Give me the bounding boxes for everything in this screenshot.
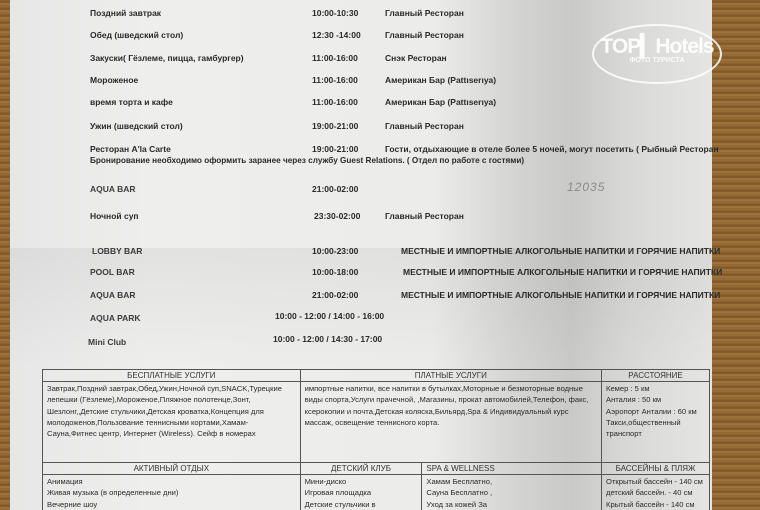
schedule-name: Закуски( Гёзлеме, пицца, гамбургер) xyxy=(90,53,244,63)
schedule-name: AQUA BAR xyxy=(90,290,136,300)
schedule-location: Главный Ресторан xyxy=(385,211,464,221)
active-rest-header: АКТИВНЫЙ ОТДЫХ xyxy=(43,463,301,475)
distance-line: Кемер : 5 км xyxy=(606,383,705,394)
spa-line: Хамам Бесплатно, xyxy=(426,476,597,487)
distance-line: Такси,общественный транспорт xyxy=(606,417,705,440)
schedule-time: 23:30-02:00 xyxy=(314,211,360,221)
kids-line: Мини-диско xyxy=(305,476,418,487)
schedule-time: 10:00-10:30 xyxy=(312,8,358,18)
spa-line: Уход за кожей За xyxy=(426,499,597,510)
free-services-header: БЕСПЛАТНЫЕ УСЛУГИ xyxy=(43,370,301,382)
schedule-location: МЕСТНЫЕ И ИМПОРТНЫЕ АЛКОГОЛЬНЫЕ НАПИТКИ … xyxy=(403,267,722,277)
schedule-name: AQUA BAR xyxy=(90,184,136,194)
schedule-time: 10:00-23:00 xyxy=(312,246,358,256)
schedule-name: Поздний завтрак xyxy=(90,8,161,18)
handwritten-stamp: 12035 xyxy=(567,180,605,194)
spa-header: SPA & WELLNESS xyxy=(422,463,602,475)
schedule-time: 21:00-02:00 xyxy=(312,184,358,194)
schedule-name: Mini Club xyxy=(88,337,126,347)
schedule-time: 10:00 - 12:00 / 14:00 - 16:00 xyxy=(275,311,384,321)
distance-line: Аэропорт Анталии : 60 км xyxy=(606,406,705,417)
schedule-name: POOL BAR xyxy=(90,267,135,277)
paid-services-text: импортные напитки, все напитки в бутылка… xyxy=(300,382,601,463)
schedule-time: 12:30 -14:00 xyxy=(312,30,361,40)
distance-line: Анталия : 50 км xyxy=(606,394,705,405)
watermark-logo: TOP▎Hotels xyxy=(594,34,720,59)
pool-line: Открытый бассейн - 140 см xyxy=(606,476,705,487)
services-table: БЕСПЛАТНЫЕ УСЛУГИ ПЛАТНЫЕ УСЛУГИ РАССТОЯ… xyxy=(42,369,710,510)
schedule-location: Американ Бар (Pattıserıya) xyxy=(385,75,496,85)
schedule-name: Обед (шведский стол) xyxy=(90,30,183,40)
kids-line: Детские стульчики в xyxy=(305,499,418,510)
schedule-name: Ужин (шведский стол) xyxy=(90,121,183,131)
schedule-location: МЕСТНЫЕ И ИМПОРТНЫЕ АЛКОГОЛЬНЫЕ НАПИТКИ … xyxy=(401,246,720,256)
schedule-time: 11:00-16:00 xyxy=(312,53,358,63)
schedule-location: Главный Ресторан xyxy=(385,30,464,40)
schedule-time: 19:00-21:00 xyxy=(312,144,358,154)
schedule-time: 10:00-18:00 xyxy=(312,267,358,277)
schedule-location: МЕСТНЫЕ И ИМПОРТНЫЕ АЛКОГОЛЬНЫЕ НАПИТКИ … xyxy=(401,290,720,300)
schedule-name: время торта и кафе xyxy=(90,97,173,107)
active-rest-cell: Анимация Живая музыка (в определенные дн… xyxy=(43,475,301,510)
kids-club-header: ДЕТСКИЙ КЛУБ xyxy=(300,463,422,475)
schedule-name: AQUA PARK xyxy=(90,313,141,323)
schedule-time: 11:00-16:00 xyxy=(312,75,358,85)
schedule-location: Главный Ресторан xyxy=(385,121,464,131)
pools-cell: Открытый бассейн - 140 см детский бассей… xyxy=(602,475,710,510)
schedule-location: Главный Ресторан xyxy=(385,8,464,18)
active-line: Живая музыка (в определенные дни) xyxy=(47,487,296,498)
schedule-name: Ресторан A'la Carte xyxy=(90,144,171,154)
pool-line: детский бассейн. - 40 см xyxy=(606,487,705,498)
active-line: Вечерние шоу xyxy=(47,499,296,510)
distance-cell: Кемер : 5 км Анталия : 50 км Аэропорт Ан… xyxy=(602,382,710,463)
schedule-time: 11:00-16:00 xyxy=(312,97,358,107)
schedule-time: 19:00-21:00 xyxy=(312,121,358,131)
schedule-time: 21:00-02:00 xyxy=(312,290,358,300)
tophotels-watermark: TOP▎Hotels ФОТО ТУРИСТА xyxy=(592,24,722,84)
hotel-info-sheet: TOP▎Hotels ФОТО ТУРИСТА Поздний завтрак … xyxy=(10,0,712,510)
schedule-name: Мороженое xyxy=(90,75,138,85)
schedule-location: Американ Бар (Pattıserıya) xyxy=(385,97,496,107)
kids-club-cell: Мини-диско Игровая площадка Детские стул… xyxy=(300,475,422,510)
schedule-location: Гости, отдыхающие в отеле более 5 ночей,… xyxy=(385,144,719,154)
spa-cell: Хамам Бесплатно, Сауна Бесплатно , Уход … xyxy=(422,475,602,510)
distance-header: РАССТОЯНИЕ xyxy=(602,370,710,382)
booking-note: Бронирование необходимо оформить заранее… xyxy=(90,156,524,165)
active-line: Анимация xyxy=(47,476,296,487)
schedule-time: 10:00 - 12:00 / 14:30 - 17:00 xyxy=(273,334,382,344)
schedule-name: LOBBY BAR xyxy=(92,246,142,256)
free-services-text: Завтрак,Поздний завтрак,Обед,Ужин,Ночной… xyxy=(43,382,301,463)
paid-services-header: ПЛАТНЫЕ УСЛУГИ xyxy=(300,370,601,382)
schedule-name: Ночной суп xyxy=(90,211,139,221)
spa-line: Сауна Бесплатно , xyxy=(426,487,597,498)
kids-line: Игровая площадка xyxy=(305,487,418,498)
pool-line: Крытый бассейн - 140 см xyxy=(606,499,705,510)
pools-header: БАССЕЙНЫ & ПЛЯЖ xyxy=(602,463,710,475)
schedule-location: Снэк Ресторан xyxy=(385,53,447,63)
